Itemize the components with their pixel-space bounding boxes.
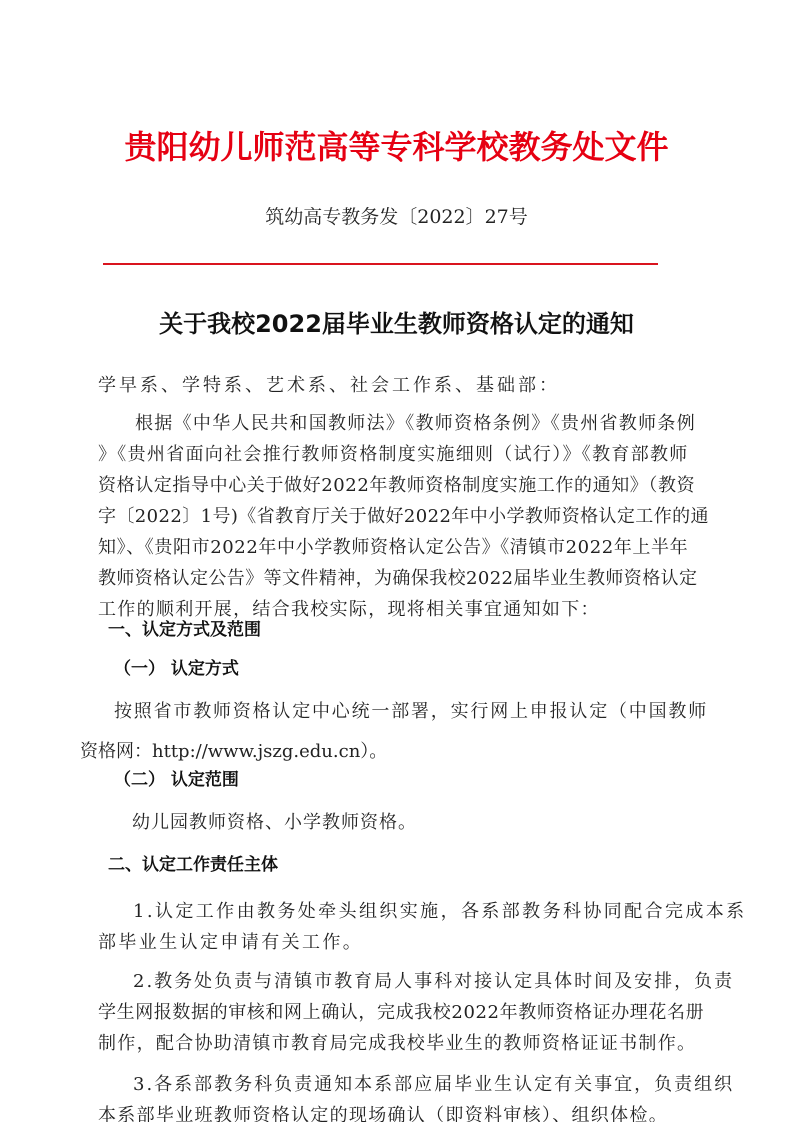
intro-line: 教师资格认定公告》等文件精神，为确保我校2022届毕业生教师资格认定	[98, 564, 697, 590]
intro-line: 》《贵州省面向社会推行教师资格制度实施细则（试行）》《教育部教师	[98, 440, 689, 466]
item-line: 3.各系部教务科负责通知本系部应届毕业生认定有关事宜，负责组织	[133, 1070, 734, 1096]
subsection-heading-1-1: （一） 认定方式	[114, 654, 239, 679]
section-heading-2: 二、认定工作责任主体	[108, 850, 278, 875]
red-divider-rule	[103, 263, 658, 265]
subsection-text-line: 资格网：http://www.jszg.edu.cn）。	[80, 737, 387, 763]
document-header-title: 贵阳幼儿师范高等专科学校教务处文件	[0, 122, 793, 168]
section-heading-1: 一、认定方式及范围	[108, 615, 261, 640]
item-line: 部毕业生认定申请有关工作。	[98, 928, 363, 954]
subsection-heading-1-2: （二） 认定范围	[114, 765, 239, 790]
intro-line: 字〔2022〕1号)《省教育厅关于做好2022年中小学教师资格认定工作的通	[98, 502, 709, 528]
item-line: 制作，配合协助清镇市教育局完成我校毕业生的教师资格证证书制作。	[98, 1029, 696, 1055]
item-line: 学生网报数据的审核和网上确认，完成我校2022年教师资格证办理花名册	[98, 998, 704, 1024]
subsection-text-line: 幼儿园教师资格、小学教师资格。	[132, 808, 417, 834]
intro-line: 资格认定指导中心关于做好2022年教师资格制度实施工作的通知》（教资	[98, 471, 695, 497]
intro-line: 根据《中华人民共和国教师法》《教师资格条例》《贵州省教师条例	[135, 409, 696, 435]
intro-line: 知》、《贵阳市2022年中小学教师资格认定公告》《清镇市2022年上半年	[98, 533, 688, 559]
notice-title: 关于我校2022届毕业生教师资格认定的通知	[0, 304, 793, 339]
item-line: 2.教务处负责与清镇市教育局人事科对接认定具体时间及安排，负责	[133, 967, 734, 993]
item-line: 本系部毕业班教师资格认定的现场确认（即资料审核）、组织体检。	[98, 1101, 668, 1122]
recipients-line: 学早系、学特系、艺术系、社会工作系、基础部：	[98, 371, 560, 397]
document-number: 筑幼高专教务发〔2022〕27号	[0, 202, 793, 229]
subsection-text-line: 按照省市教师资格认定中心统一部署，实行网上申报认定（中国教师	[114, 697, 708, 723]
item-line: 1.认定工作由教务处牵头组织实施，各系部教务科协同配合完成本系	[133, 897, 747, 923]
